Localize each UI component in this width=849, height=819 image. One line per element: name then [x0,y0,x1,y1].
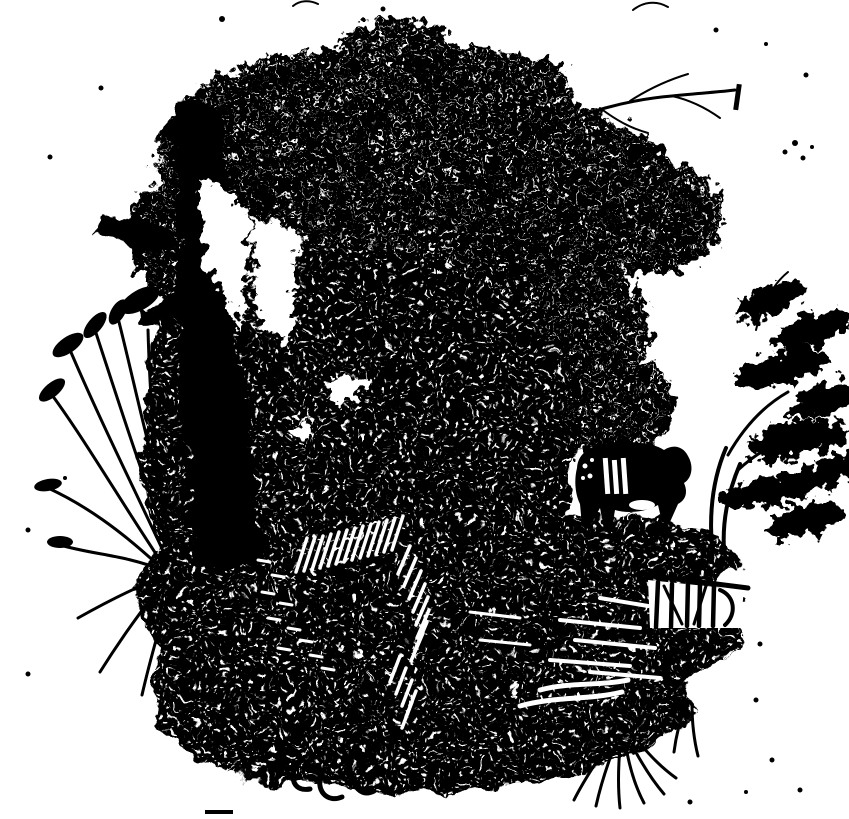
bottom-dash [205,810,233,814]
engraving-illustration [0,0,849,819]
engraving-page [0,0,849,819]
